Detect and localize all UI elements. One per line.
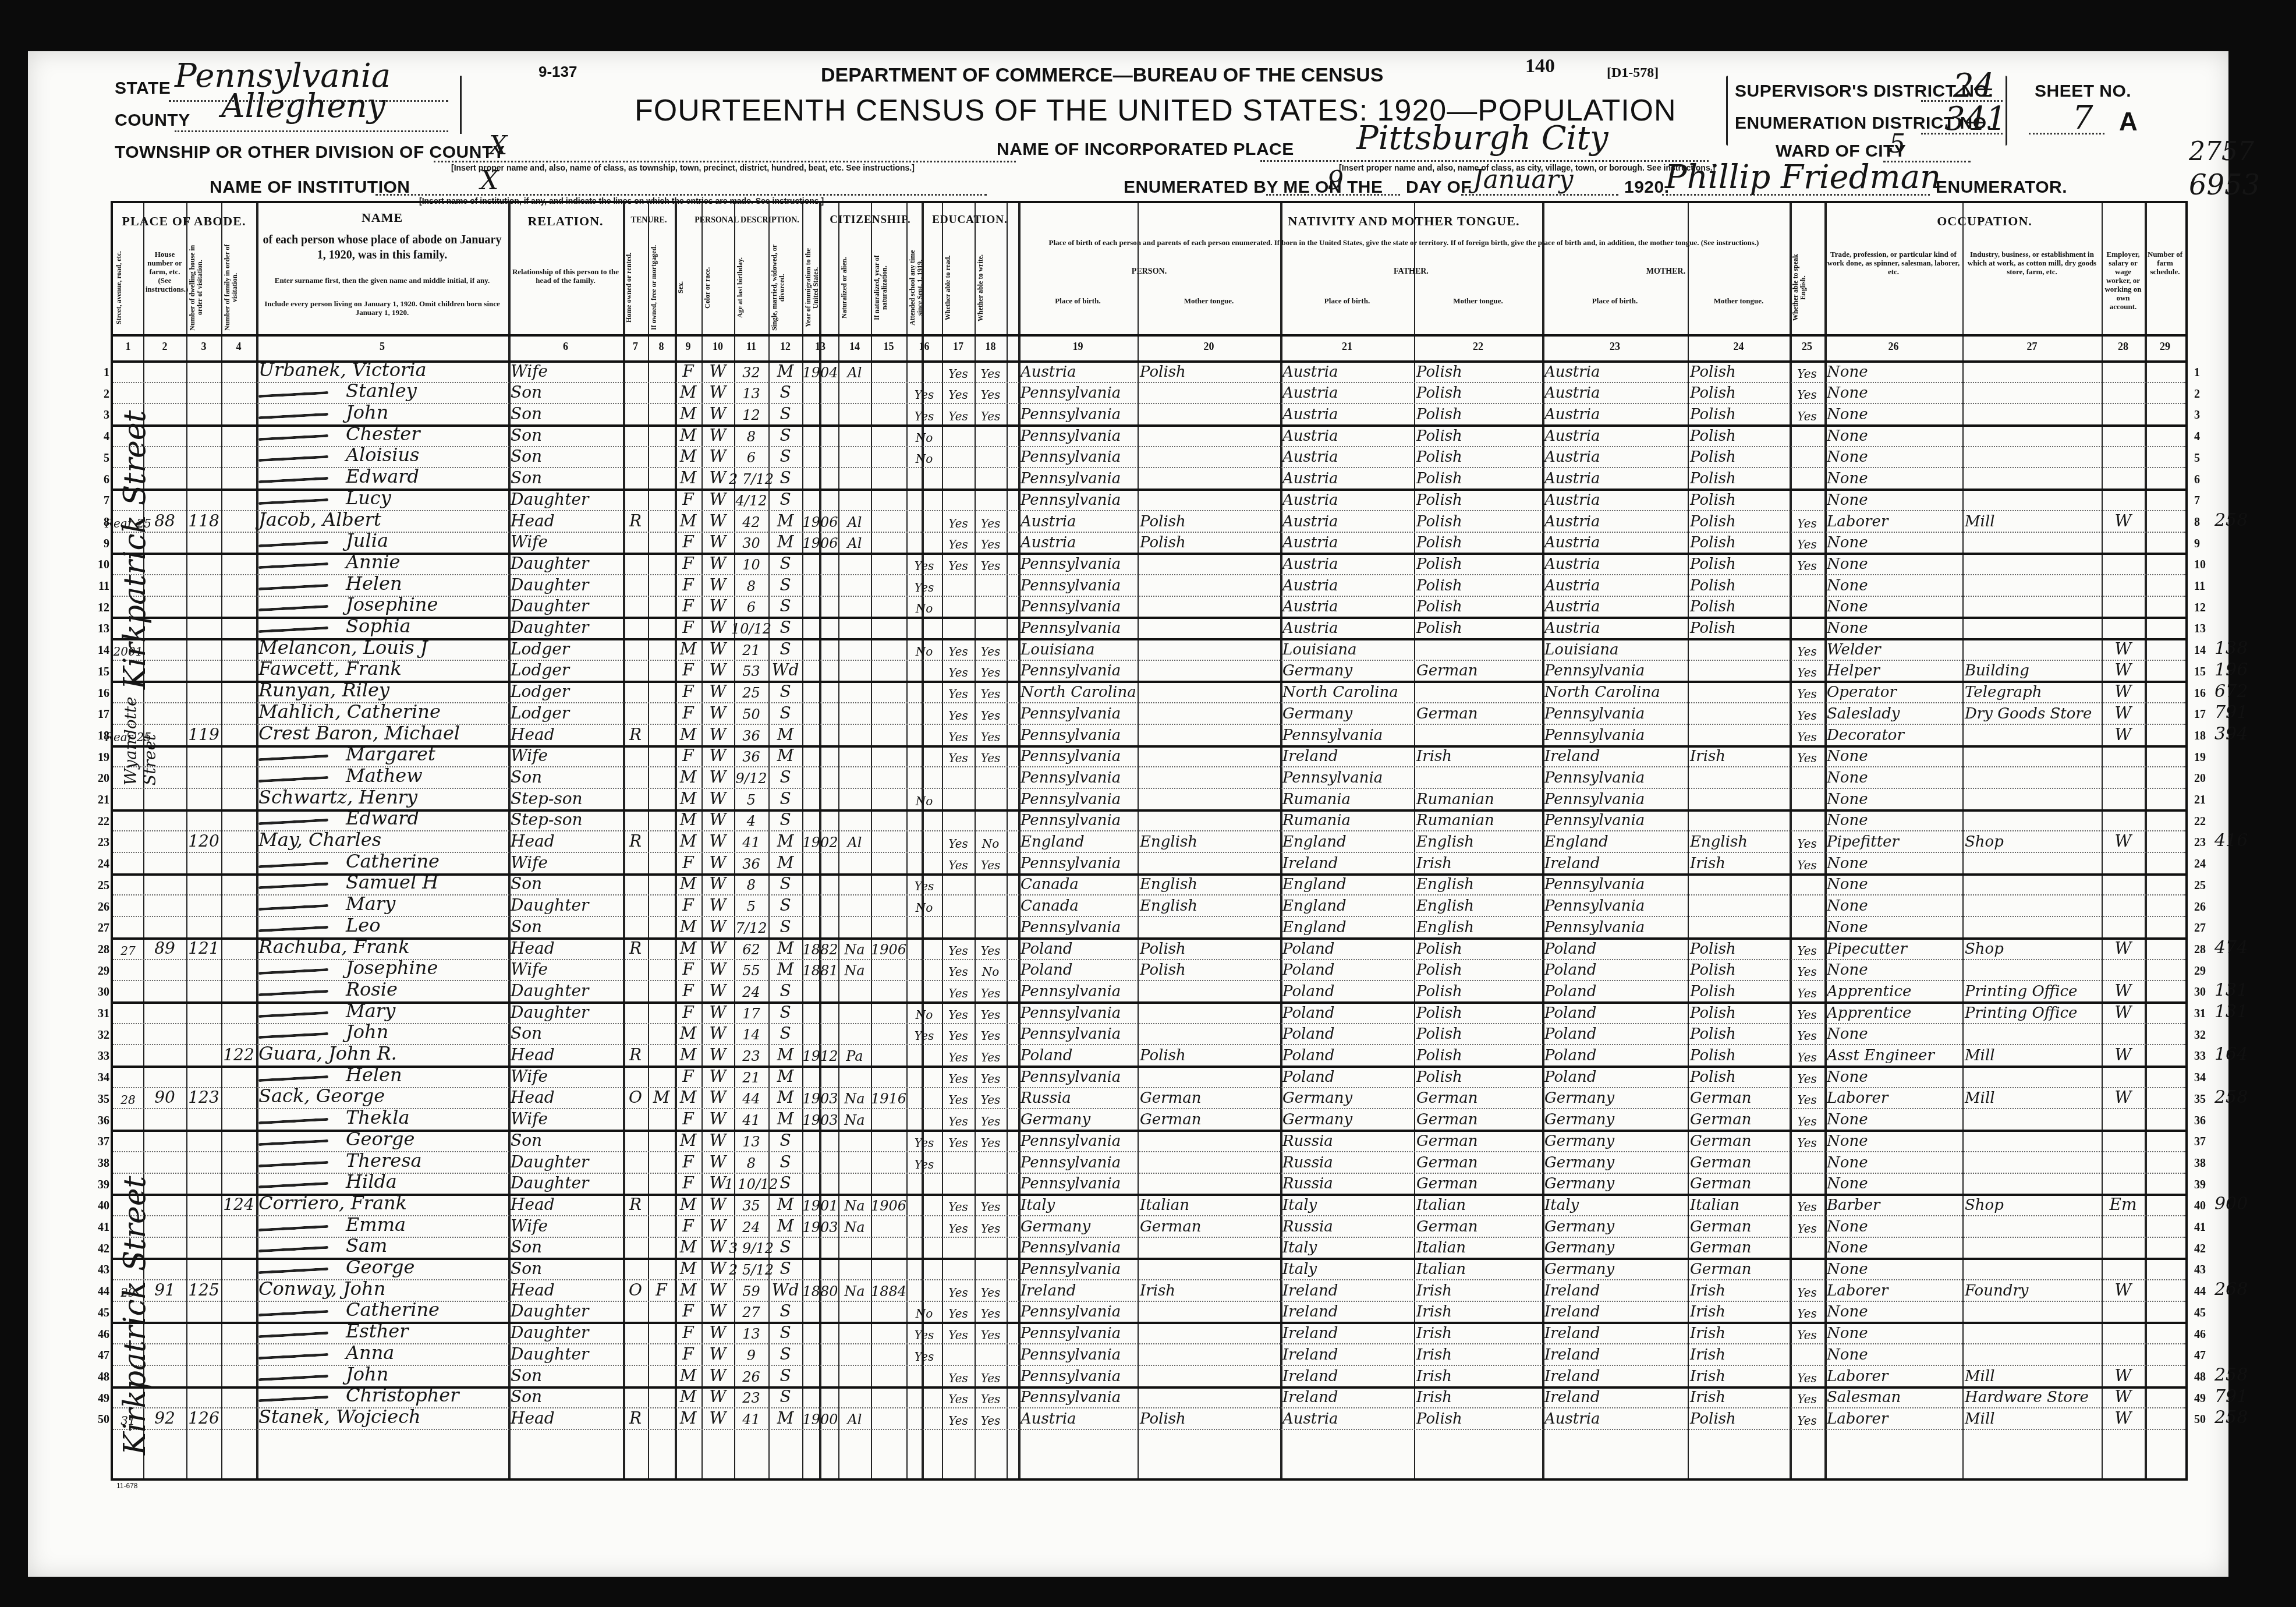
cell-name-container: Stanley (258, 382, 506, 403)
cell-ms-container: M (771, 1215, 800, 1237)
cell-fpob-container: Ireland (1282, 852, 1412, 873)
line-number-left: 47 (92, 1349, 109, 1362)
cell-mpob: Poland (1544, 1068, 1596, 1086)
cell-fpob-container: Germany (1282, 1109, 1412, 1130)
cell-race-container: W (704, 702, 732, 724)
cell-ind-container: Telegraph (1965, 681, 2099, 703)
cell-read: Yes (948, 1029, 968, 1043)
cell-rel: Son (511, 767, 542, 787)
cell-age: 26 (742, 1369, 760, 1385)
cell-sex-container: F (677, 489, 699, 510)
cell-sex-container: M (677, 424, 699, 446)
cell-dwelling: 125 (188, 1280, 219, 1300)
cell-ms: S (779, 1152, 791, 1171)
cell-race: W (710, 1323, 727, 1342)
cell-occ: None (1827, 1175, 1868, 1192)
cell-sex-container: M (677, 766, 699, 788)
cell-occ: None (1827, 1025, 1868, 1043)
cell-age: 2 7/12 (729, 471, 774, 487)
cell-sch-container: No (909, 788, 940, 809)
cell-fpob: Austria (1282, 470, 1338, 487)
ditto-surname-mark (258, 1011, 328, 1018)
cell-ms: M (777, 1088, 794, 1107)
cell-ms-container: S (771, 1258, 800, 1279)
cell-read-container: Yes (944, 1386, 972, 1408)
cell-name: Mahlich, Catherine (258, 700, 441, 723)
cell-write: Yes (981, 858, 1001, 872)
cell-rel: Daughter (511, 1152, 589, 1171)
column-label-23: Place of birth. (1544, 296, 1685, 305)
cell-read-container: Yes (944, 830, 972, 852)
sheet-letter: A (2119, 108, 2138, 137)
cell-mt: German (1140, 1089, 1202, 1107)
cell-race-container: W (704, 532, 732, 553)
cell-dwelling: 121 (188, 939, 219, 958)
cell-rel: Head (511, 1408, 555, 1428)
incorporated-value: Pittsburgh City (1356, 119, 1608, 157)
table-row: 44ChesterSonMW8SNoPennsylvaniaAustriaPol… (113, 424, 2185, 446)
cell-ms: S (779, 383, 791, 402)
cell-occ: None (1827, 1303, 1868, 1321)
cell-imm-container: 1903 (805, 1215, 836, 1237)
cell-eng-container: Yes (1792, 1386, 1822, 1408)
cell-occ: Barber (1827, 1197, 1880, 1214)
cell-fpob: Austria (1282, 598, 1338, 615)
cell-ms-container: S (771, 1173, 800, 1194)
column-number-14: 14 (838, 341, 871, 353)
column-label-18: Whether able to write. (977, 244, 1004, 331)
cell-mmt-container: Polish (1690, 468, 1787, 489)
cell-emp-container: W (2104, 681, 2142, 703)
cell-ind-container: Mill (1965, 1365, 2099, 1386)
cell-name-container: Schwartz, Henry (258, 788, 506, 809)
cell-rel-container: Son (511, 873, 621, 895)
cell-dwelling-container: 125 (189, 1279, 219, 1301)
cell-natyr-container (873, 360, 904, 382)
cell-read: Yes (948, 666, 968, 679)
cell-mpob-container: Austria (1544, 468, 1685, 489)
cell-occ: Salesman (1827, 1389, 1901, 1406)
cell-ms: S (779, 1237, 791, 1256)
cell-race-container: W (704, 852, 732, 873)
cell-eng: Yes (1797, 858, 1817, 872)
cell-pob-container: Poland (1021, 959, 1135, 981)
cell-ms: M (777, 1195, 794, 1214)
cell-occ-container: None (1827, 574, 1960, 596)
cell-imm: 1882 (802, 941, 838, 958)
cell-imm: 1906 (802, 535, 838, 551)
cell-sex: M (680, 831, 697, 851)
cell-name-container: Hilda (258, 1173, 506, 1194)
header-rule (113, 334, 2185, 337)
cell-age: 41 (742, 834, 760, 851)
cell-occ: None (1827, 406, 1868, 423)
table-row: 1515196Fawcett, FrankLodgerFW53WdYesYesP… (113, 660, 2185, 681)
cell-read-container: Yes (944, 724, 972, 745)
cell-mmt: Polish (1690, 1047, 1736, 1064)
cell-read-container: Yes (944, 1301, 972, 1322)
cell-mpob: Austria (1544, 427, 1600, 445)
column-label-3: Number of dwelling house in order of vis… (189, 244, 219, 331)
cell-ind: Mill (1965, 1089, 1995, 1107)
cell-race-container: W (704, 1087, 732, 1109)
cell-own: R (629, 939, 642, 958)
cell-fpob-container: England (1282, 873, 1412, 895)
cell-pob-container: Pennsylvania (1021, 660, 1135, 681)
cell-fpob-container: Russia (1282, 1151, 1412, 1173)
cell-fmt-container: Polish (1416, 1001, 1540, 1023)
cell-read: Yes (948, 1328, 968, 1342)
cell-write-container: Yes (977, 1044, 1004, 1066)
cell-mpob-container: Austria (1544, 403, 1685, 424)
cell-own: R (629, 1195, 642, 1214)
cell-dwelling-container (189, 489, 219, 510)
cell-rel-container: Son (511, 1386, 621, 1408)
cell-eng: Yes (1797, 709, 1817, 723)
cell-age-container: 4/12 (736, 489, 766, 510)
cell-mpob: Louisiana (1544, 641, 1618, 659)
column-label-7: Home owned or rented. (625, 244, 646, 331)
cell-write-container: Yes (977, 1386, 1004, 1408)
cell-fpob: Rumania (1282, 812, 1351, 829)
group-abode: PLACE OF ABODE. (113, 214, 255, 229)
cell-mmt-container: Polish (1690, 489, 1787, 510)
cell-sex-container: M (677, 1258, 699, 1279)
line-number-left: 24 (92, 858, 109, 871)
cell-read-container: Yes (944, 1215, 972, 1237)
cell-ms: M (777, 1216, 794, 1236)
occupation-code: 258 (2214, 1365, 2248, 1385)
cell-eng: Yes (1797, 687, 1817, 701)
cell-ms: S (779, 404, 791, 423)
cell-nat-container: Na (841, 1087, 869, 1109)
cell-name: John (346, 401, 388, 423)
cell-sex-container: M (677, 788, 699, 809)
table-row: 3434HelenWifeFW21MYesYesPennsylvaniaPola… (113, 1066, 2185, 1087)
cell-fpob: Ireland (1282, 1325, 1338, 1342)
cell-eng-container: Yes (1792, 1066, 1822, 1087)
cell-name: Edward (346, 807, 419, 829)
column-label-14: Naturalized or alien. (841, 244, 869, 331)
cell-eng-container: Yes (1792, 830, 1822, 852)
cell-rel-container: Wife (511, 1066, 621, 1087)
cell-rel-container: Head (511, 1194, 621, 1215)
cell-emp-container: W (2104, 660, 2142, 681)
cell-natyr: 1884 (871, 1283, 906, 1300)
cell-occ-container: None (1827, 596, 1960, 617)
cell-fpob: Poland (1282, 1068, 1334, 1086)
cell-farm-container (2147, 360, 2183, 382)
cell-eng: Yes (1797, 516, 1817, 530)
cell-sex: M (680, 874, 697, 893)
cell-fmt: Polish (1416, 448, 1462, 466)
line-number-right: 48 (2194, 1371, 2206, 1384)
cell-sex: F (682, 746, 693, 765)
cell-emp: W (2115, 1003, 2132, 1022)
cell-dwelling: 120 (188, 831, 219, 851)
cell-mpob-container: Ireland (1544, 1365, 1685, 1386)
cell-ind: Shop (1965, 940, 2004, 958)
cell-mpob-container: Poland (1544, 937, 1685, 959)
cell-mpob-container: Pennsylvania (1544, 766, 1685, 788)
cell-ms: S (779, 682, 791, 701)
cell-write: Yes (981, 1114, 1001, 1128)
table-row: 2020MathewSonMW9/12SPennsylvaniaPennsylv… (113, 766, 2185, 788)
cell-fmt: Italian (1416, 1261, 1466, 1278)
cell-mpob-container: Austria (1544, 382, 1685, 403)
cell-own-container: O (625, 1087, 646, 1109)
cell-imm: 1906 (802, 514, 838, 530)
cell-race: W (710, 939, 727, 958)
cell-sex-container: F (677, 1173, 699, 1194)
cell-read: Yes (948, 1050, 968, 1064)
cell-name: Thekla (346, 1106, 410, 1128)
cell-nat: Al (847, 514, 862, 530)
cell-ms-container: S (771, 1343, 800, 1365)
cell-eng: Yes (1797, 645, 1817, 659)
cell-name: Emma (346, 1213, 406, 1236)
cell-rel-container: Lodger (511, 681, 621, 703)
cell-age: 41 (742, 1112, 760, 1128)
cell-dwelling-container: 120 (189, 830, 219, 852)
cell-race-container: W (704, 895, 732, 916)
cell-own: R (629, 1045, 642, 1064)
cell-read-container: Yes (944, 382, 972, 403)
cell-sch-container: Yes (909, 1023, 940, 1045)
cell-imm-container: 1903 (805, 1087, 836, 1109)
cell-write-container: Yes (977, 937, 1004, 959)
cell-emp: W (2115, 939, 2132, 958)
cell-mpob-container: Pennsylvania (1544, 702, 1685, 724)
cell-race-container: W (704, 745, 732, 767)
line-number-left: 33 (92, 1050, 109, 1063)
cell-sex-container: M (677, 937, 699, 959)
margin-number-1: 2757 (2189, 137, 2254, 167)
cell-write-container: Yes (977, 1301, 1004, 1322)
cell-ind: Mill (1965, 1368, 1995, 1385)
cell-mpob: Austria (1544, 620, 1600, 637)
cell-write: No (982, 965, 1000, 979)
cell-pob-container: Austria (1021, 360, 1135, 382)
cell-rel-container: Son (511, 446, 621, 468)
line-number-right: 40 (2194, 1199, 2206, 1213)
column-label-24: Mother tongue. (1690, 296, 1787, 305)
cell-ms: S (779, 639, 791, 659)
cell-mpob: Germany (1544, 1218, 1614, 1236)
cell-write: Yes (981, 1008, 1001, 1022)
cell-fmt-container: German (1416, 702, 1540, 724)
cell-fpob-container: Italy (1282, 1237, 1412, 1258)
cell-pob: Germany (1021, 1218, 1090, 1236)
ditto-surname-mark (258, 1353, 328, 1360)
cell-mmt: Polish (1690, 983, 1736, 1000)
cell-eng-container: Yes (1792, 1301, 1822, 1322)
occupation-code: 416 (2214, 830, 2248, 851)
cell-ms: M (777, 1045, 794, 1064)
cell-mmt: Polish (1690, 961, 1736, 979)
cell-fmt-container: English (1416, 895, 1540, 916)
cell-ms-container: S (771, 1322, 800, 1344)
cell-fpob-container: Italy (1282, 1258, 1412, 1279)
cell-mmt: Polish (1690, 363, 1736, 381)
cell-pob: Poland (1021, 961, 1072, 979)
cell-occ: Laborer (1827, 1410, 1888, 1428)
cell-name-container: Catherine (258, 1301, 506, 1322)
cell-occ-container: None (1827, 1066, 1960, 1087)
cell-race: W (710, 1045, 727, 1064)
cell-mpob-container: Poland (1544, 959, 1685, 981)
cell-sch-container: No (909, 1301, 940, 1322)
cell-mpob-container: Austria (1544, 532, 1685, 553)
cell-age: 3 9/12 (729, 1240, 774, 1256)
cell-mmt-container: Polish (1690, 574, 1787, 596)
line-number-right: 37 (2194, 1135, 2206, 1149)
cell-read-container: Yes (944, 1130, 972, 1151)
cell-race-container: W (704, 766, 732, 788)
cell-rel: Head (511, 1195, 555, 1214)
cell-mpob-container: Austria (1544, 424, 1685, 446)
cell-fmt: Polish (1416, 427, 1462, 445)
cell-ms: S (779, 810, 791, 829)
cell-occ: None (1827, 1218, 1868, 1236)
line-number-left: 4 (92, 430, 109, 444)
enumerated-day: 9 (1327, 166, 1344, 196)
column-number-5: 5 (256, 341, 508, 353)
cell-sex: M (680, 789, 697, 808)
cell-race: W (710, 1131, 727, 1150)
line-number-left: 6 (92, 473, 109, 487)
column-number-29: 29 (2145, 341, 2185, 353)
cell-sex: M (680, 1408, 697, 1428)
cell-ms: S (779, 981, 791, 1000)
cell-pob-container: Pennsylvania (1021, 553, 1135, 574)
line-number-right: 5 (2194, 452, 2200, 465)
cell-race-container: W (704, 1258, 732, 1279)
cell-emp: W (2115, 511, 2132, 530)
cell-fmt: Polish (1416, 961, 1462, 979)
cell-fpob: Germany (1282, 662, 1352, 679)
occupation-code: 258 (2214, 1087, 2248, 1107)
cell-sex-container: M (677, 873, 699, 895)
cell-fpob: Pennsylvania (1282, 769, 1383, 787)
cell-sch: Yes (915, 879, 934, 893)
cell-name-container: Margaret (258, 745, 506, 767)
cell-occ-container: None (1827, 852, 1960, 873)
cell-rel: Lodger (511, 639, 569, 659)
line-number-right: 16 (2194, 687, 2206, 700)
cell-mmt-container: German (1690, 1258, 1787, 1279)
cell-nat-container: Al (841, 510, 869, 532)
cell-mpob: Austria (1544, 448, 1600, 466)
cell-race: W (710, 554, 727, 573)
supervisor-district: 24 (1953, 67, 1994, 105)
cell-name: Josephine (346, 593, 438, 615)
cell-fpob-container: Poland (1282, 1044, 1412, 1066)
cell-sex-container: M (677, 638, 699, 660)
cell-age-container: 32 (736, 360, 766, 382)
cell-read: Yes (948, 944, 968, 958)
cell-race: W (710, 468, 727, 487)
cell-rel-container: Son (511, 424, 621, 446)
occupation-code: 258 (2214, 1407, 2248, 1428)
cell-mt-container: German (1140, 1215, 1278, 1237)
cell-fpob-container: Austria (1282, 403, 1412, 424)
line-number-right: 47 (2194, 1349, 2206, 1362)
cell-sex-container: M (677, 1044, 699, 1066)
cell-ms-container: S (771, 895, 800, 916)
cell-name-container: Rosie (258, 980, 506, 1001)
cell-write-container: Yes (977, 1279, 1004, 1301)
cell-fpob: Poland (1282, 983, 1334, 1000)
cell-emp: W (2115, 1408, 2132, 1428)
cell-sch-container (909, 360, 940, 382)
cell-fmt: German (1416, 1111, 1478, 1128)
cell-name-container: Rachuba, Frank (258, 937, 506, 959)
cell-race-container: W (704, 446, 732, 468)
cell-ind-container: Shop (1965, 937, 2099, 959)
cell-age: 25 (742, 685, 760, 701)
cell-ms: M (777, 1408, 794, 1428)
line-number-left: 42 (92, 1243, 109, 1256)
cell-eng: Yes (1797, 537, 1817, 551)
ditto-surname-mark (258, 605, 328, 611)
cell-age-container: 50 (736, 702, 766, 724)
cell-fmt-container: German (1416, 1109, 1540, 1130)
cell-sex: F (682, 362, 693, 381)
nativity-description: Place of birth of each person and parent… (1030, 238, 1778, 247)
cell-occ: Pipefitter (1827, 833, 1899, 851)
cell-sex: F (682, 1344, 693, 1364)
cell-pob-container: Canada (1021, 895, 1135, 916)
cell-nat: Na (844, 941, 864, 958)
cell-fpob-container: Austria (1282, 360, 1412, 382)
cell-occ-container: Welder (1827, 638, 1960, 660)
cell-occ-container: None (1827, 532, 1960, 553)
cell-rel-container: Wife (511, 1109, 621, 1130)
table-row: 4646EstherDaughterFW13SYesYesYesPennsylv… (113, 1322, 2185, 1344)
cell-sex-container: F (677, 617, 699, 638)
cell-rel-container: Daughter (511, 574, 621, 596)
cell-name-container: Crest Baron, Michael (258, 724, 506, 745)
cell-name: Julia (346, 529, 388, 551)
cell-fpob: Italy (1282, 1197, 1317, 1214)
line-number-right: 45 (2194, 1307, 2206, 1320)
cell-own: O (629, 1280, 642, 1300)
cell-rel: Daughter (511, 1323, 589, 1342)
cell-pob-container: Italy (1021, 1194, 1135, 1215)
cell-sex: F (682, 1173, 693, 1192)
cell-write: Yes (981, 1414, 1001, 1428)
cell-natyr-container: 1906 (873, 1194, 904, 1215)
occupation-code: 474 (2214, 937, 2248, 958)
cell-name: Hilda (346, 1170, 397, 1192)
cell-rel-container: Head (511, 724, 621, 745)
cell-sex: M (680, 767, 697, 787)
cell-occ: Laborer (1827, 1089, 1888, 1107)
cell-occ-container: Laborer (1827, 1407, 1960, 1429)
cell-rel-container: Wife (511, 745, 621, 767)
cell-fpob-container: North Carolina (1282, 681, 1412, 703)
cell-write: Yes (981, 409, 1001, 423)
cell-race: W (710, 1237, 727, 1256)
cell-sch-container: Yes (909, 1130, 940, 1151)
cell-mpob: Poland (1544, 1047, 1596, 1064)
line-number-left: 45 (92, 1307, 109, 1320)
cell-ms-container: M (771, 745, 800, 767)
ditto-surname-mark (258, 862, 328, 868)
cell-ind: Mill (1965, 1047, 1995, 1064)
cell-fpob: Ireland (1282, 1303, 1338, 1321)
